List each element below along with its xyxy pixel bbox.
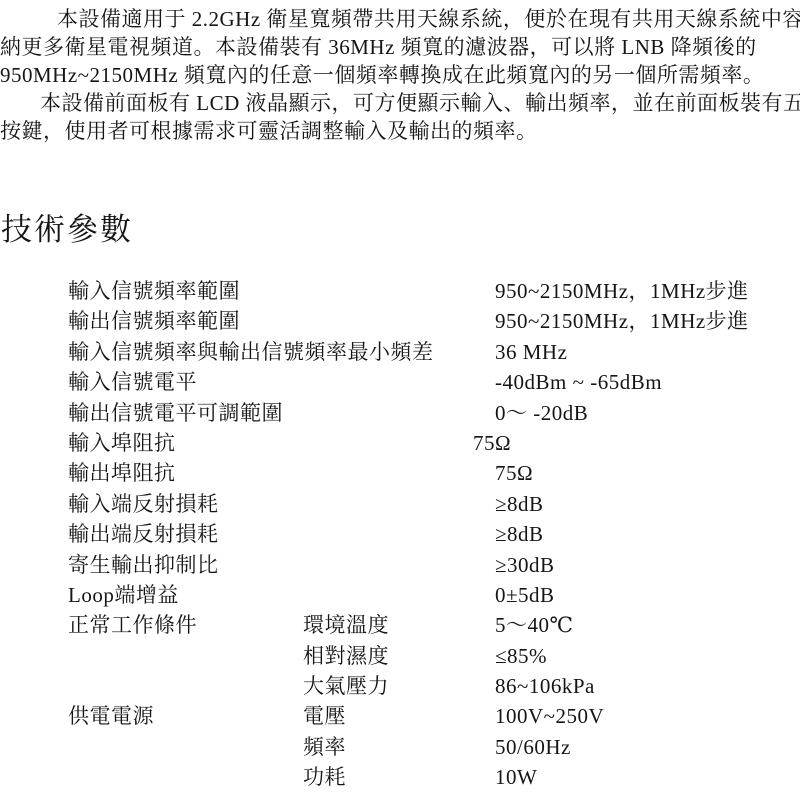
document-page: 本設備適用于 2.2GHz 衛星寬頻帶共用天線系統，便於在現有共用天線系統中容 …	[0, 0, 800, 796]
spec-sublabel: 大氣壓力	[303, 671, 389, 701]
spec-label: 輸出信號頻率範圍	[68, 306, 240, 336]
spec-row: Loop端增益 0±5dB	[0, 580, 800, 610]
spec-value: 950~2150MHz，1MHz步進	[495, 276, 749, 306]
spec-row: 輸入端反射損耗 ≥8dB	[0, 489, 800, 519]
spec-row: 輸出端反射損耗 ≥8dB	[0, 519, 800, 549]
spec-value: ≤85%	[495, 641, 547, 671]
spec-value: ≥8dB	[495, 519, 544, 549]
spec-value: 0～ -20dB	[495, 398, 588, 428]
paragraph-line: 本設備前面板有 LCD 液晶顯示，可方便顯示輸入、輸出頻率，並在前面板裝有五個	[0, 89, 800, 117]
spec-label: 輸入信號電平	[68, 367, 197, 397]
spec-row: 輸出信號頻率範圍 950~2150MHz，1MHz步進	[0, 306, 800, 336]
spec-value: 0±5dB	[495, 580, 555, 610]
spec-label: 輸出信號電平可調範圍	[68, 398, 283, 428]
section-title: 技術參數	[1, 211, 133, 249]
spec-sublabel: 環境溫度	[303, 610, 389, 640]
paragraph-line: 950MHz~2150MHz 頻寬內的任意一個頻率轉換成在此頻寬內的另一個所需頻…	[0, 61, 800, 89]
spec-value: 950~2150MHz，1MHz步進	[495, 306, 749, 336]
spec-label: 輸入信號頻率範圍	[68, 276, 240, 306]
spec-value: 100V~250V	[495, 701, 604, 731]
spec-value: ≥8dB	[495, 489, 544, 519]
spec-label: 寄生輸出抑制比	[68, 550, 219, 580]
spec-label: Loop端增益	[68, 580, 179, 610]
spec-label: 輸入端反射損耗	[68, 489, 219, 519]
intro-text: 本設備適用于 2.2GHz 衛星寬頻帶共用天線系統，便於在現有共用天線系統中容 …	[0, 5, 800, 145]
spec-row: 輸出信號電平可調範圍 0～ -20dB	[0, 398, 800, 428]
spec-label: 正常工作條件	[68, 610, 197, 640]
spec-label: 供電電源	[68, 701, 154, 731]
spec-value: 75Ω	[473, 428, 511, 458]
spec-row: 輸入信號頻率範圍 950~2150MHz，1MHz步進	[0, 276, 800, 306]
paragraph-line: 納更多衛星電視頻道。本設備裝有 36MHz 頻寬的濾波器，可以將 LNB 降頻後…	[0, 33, 800, 61]
spec-row: 正常工作條件 環境溫度 5～40℃	[0, 610, 800, 640]
spec-row: 頻率 50/60Hz	[0, 732, 800, 762]
spec-label: 輸出端反射損耗	[68, 519, 219, 549]
spec-row: 寄生輸出抑制比 ≥30dB	[0, 550, 800, 580]
paragraph-line: 本設備適用于 2.2GHz 衛星寬頻帶共用天線系統，便於在現有共用天線系統中容	[0, 5, 800, 33]
spec-label: 輸入埠阻抗	[68, 428, 176, 458]
spec-value: 75Ω	[495, 458, 533, 488]
spec-sublabel: 相對濕度	[303, 641, 389, 671]
spec-value: 10W	[495, 762, 537, 792]
spec-row: 功耗 10W	[0, 762, 800, 792]
spec-label: 輸入信號頻率與輸出信號頻率最小頻差	[68, 337, 434, 367]
spec-row: 輸入信號頻率與輸出信號頻率最小頻差 36 MHz	[0, 337, 800, 367]
paragraph-line: 按鍵，使用者可根據需求可靈活調整輸入及輸出的頻率。	[0, 117, 800, 145]
spec-row: 大氣壓力 86~106kPa	[0, 671, 800, 701]
spec-sublabel: 電壓	[303, 701, 346, 731]
spec-row: 相對濕度 ≤85%	[0, 641, 800, 671]
spec-row: 輸出埠阻抗 75Ω	[0, 458, 800, 488]
spec-sublabel: 頻率	[303, 732, 346, 762]
spec-row: 輸入埠阻抗 75Ω	[0, 428, 800, 458]
spec-sublabel: 功耗	[303, 762, 346, 792]
spec-value: 50/60Hz	[495, 732, 571, 762]
spec-value: 36 MHz	[495, 337, 567, 367]
spec-table: 輸入信號頻率範圍 950~2150MHz，1MHz步進 輸出信號頻率範圍 950…	[0, 276, 800, 793]
spec-value: -40dBm ~ -65dBm	[495, 367, 662, 397]
spec-value: 5～40℃	[495, 610, 574, 640]
spec-row: 供電電源 電壓 100V~250V	[0, 701, 800, 731]
spec-label: 輸出埠阻抗	[68, 458, 176, 488]
spec-value: 86~106kPa	[495, 671, 595, 701]
spec-row: 輸入信號電平 -40dBm ~ -65dBm	[0, 367, 800, 397]
spec-value: ≥30dB	[495, 550, 555, 580]
